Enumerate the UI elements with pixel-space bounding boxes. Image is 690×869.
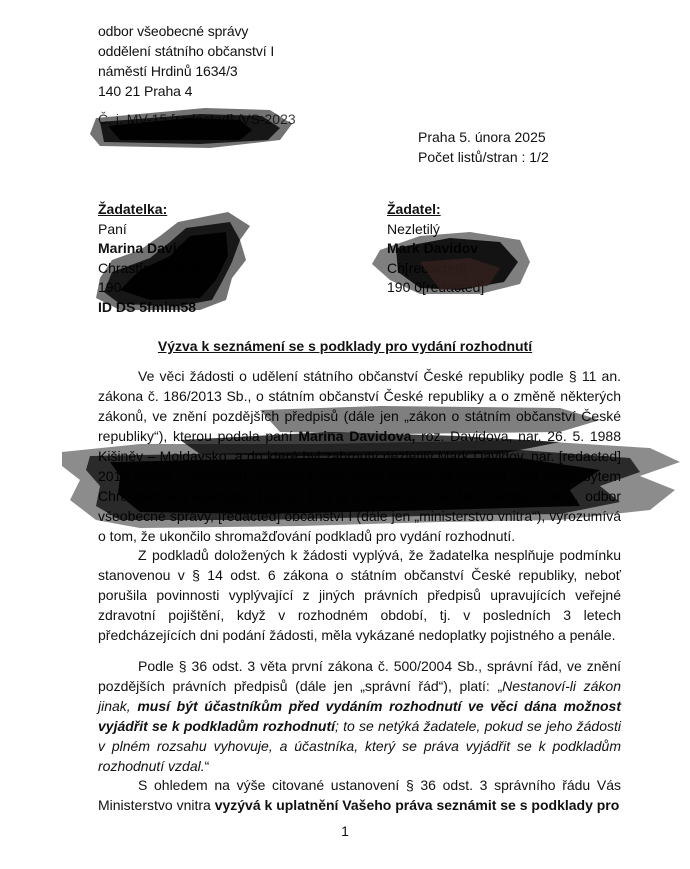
p2-text: Z podkladů doložených k žádosti vyplývá,… [98, 547, 621, 643]
sender-line: náměstí Hrdinů 1634/3 [98, 61, 274, 81]
page-number: 1 [0, 823, 690, 839]
p1-bold-name: Marina Davidova, [298, 428, 415, 444]
document-title: Výzva k seznámení se s podklady pro vydá… [0, 338, 690, 354]
applicant-name: Mark Davidov [387, 239, 484, 259]
place-date: Praha 5. února 2025 [418, 127, 549, 147]
sender-line: odbor všeobecné správy [98, 21, 274, 41]
applicant-city: 190 0[redacted] [98, 278, 209, 298]
applicant-ds-id: ID DS 5fmim58 [98, 298, 209, 318]
paragraph-3: Podle § 36 odst. 3 věta první zákona č. … [98, 656, 621, 776]
applicant-street: Chrast[redacted] [98, 259, 209, 279]
applicant-label: Žadatel: [387, 200, 484, 220]
applicant-male: Žadatel: Nezletilý Mark Davidov Ch[redac… [387, 200, 484, 298]
sender-address: odbor všeobecné správy oddělení státního… [98, 21, 274, 101]
p1-text-b: roz. Davidova, nar. 26. 5. 1988 Kišiněv … [98, 428, 621, 544]
sender-line: 140 21 Praha 4 [98, 81, 274, 101]
date-block: Praha 5. února 2025 Počet listů/stran : … [418, 127, 549, 167]
p4-bold: vyzývá k uplatnění Vašeho práva seznámit… [215, 797, 620, 813]
page-count: Počet listů/stran : 1/2 [418, 147, 549, 167]
document-title-text: Výzva k seznámení se s podklady pro vydá… [158, 338, 532, 354]
applicant-street: Ch[redacted] [387, 259, 484, 279]
p3-text-b: “ [205, 758, 210, 774]
paragraph-2: Z podkladů doložených k žádosti vyplývá,… [98, 545, 621, 645]
applicant-city: 190 0[redacted] [387, 278, 484, 298]
applicant-salutation: Paní [98, 220, 209, 240]
sender-line: oddělení státního občanství I [98, 41, 274, 61]
applicant-salutation: Nezletilý [387, 220, 484, 240]
reference-number: Č. j. MV-15 [redacted] /VS-2023 [98, 111, 296, 127]
applicant-female: Žadatelka: Paní Marina Davidova Chrast[r… [98, 200, 209, 317]
applicant-name: Marina Davidova [98, 239, 209, 259]
paragraph-4: S ohledem na výše citované ustanovení § … [98, 775, 621, 815]
paragraph-1: Ve věci žádosti o udělení státního občan… [98, 366, 621, 546]
applicant-label: Žadatelka: [98, 200, 209, 220]
